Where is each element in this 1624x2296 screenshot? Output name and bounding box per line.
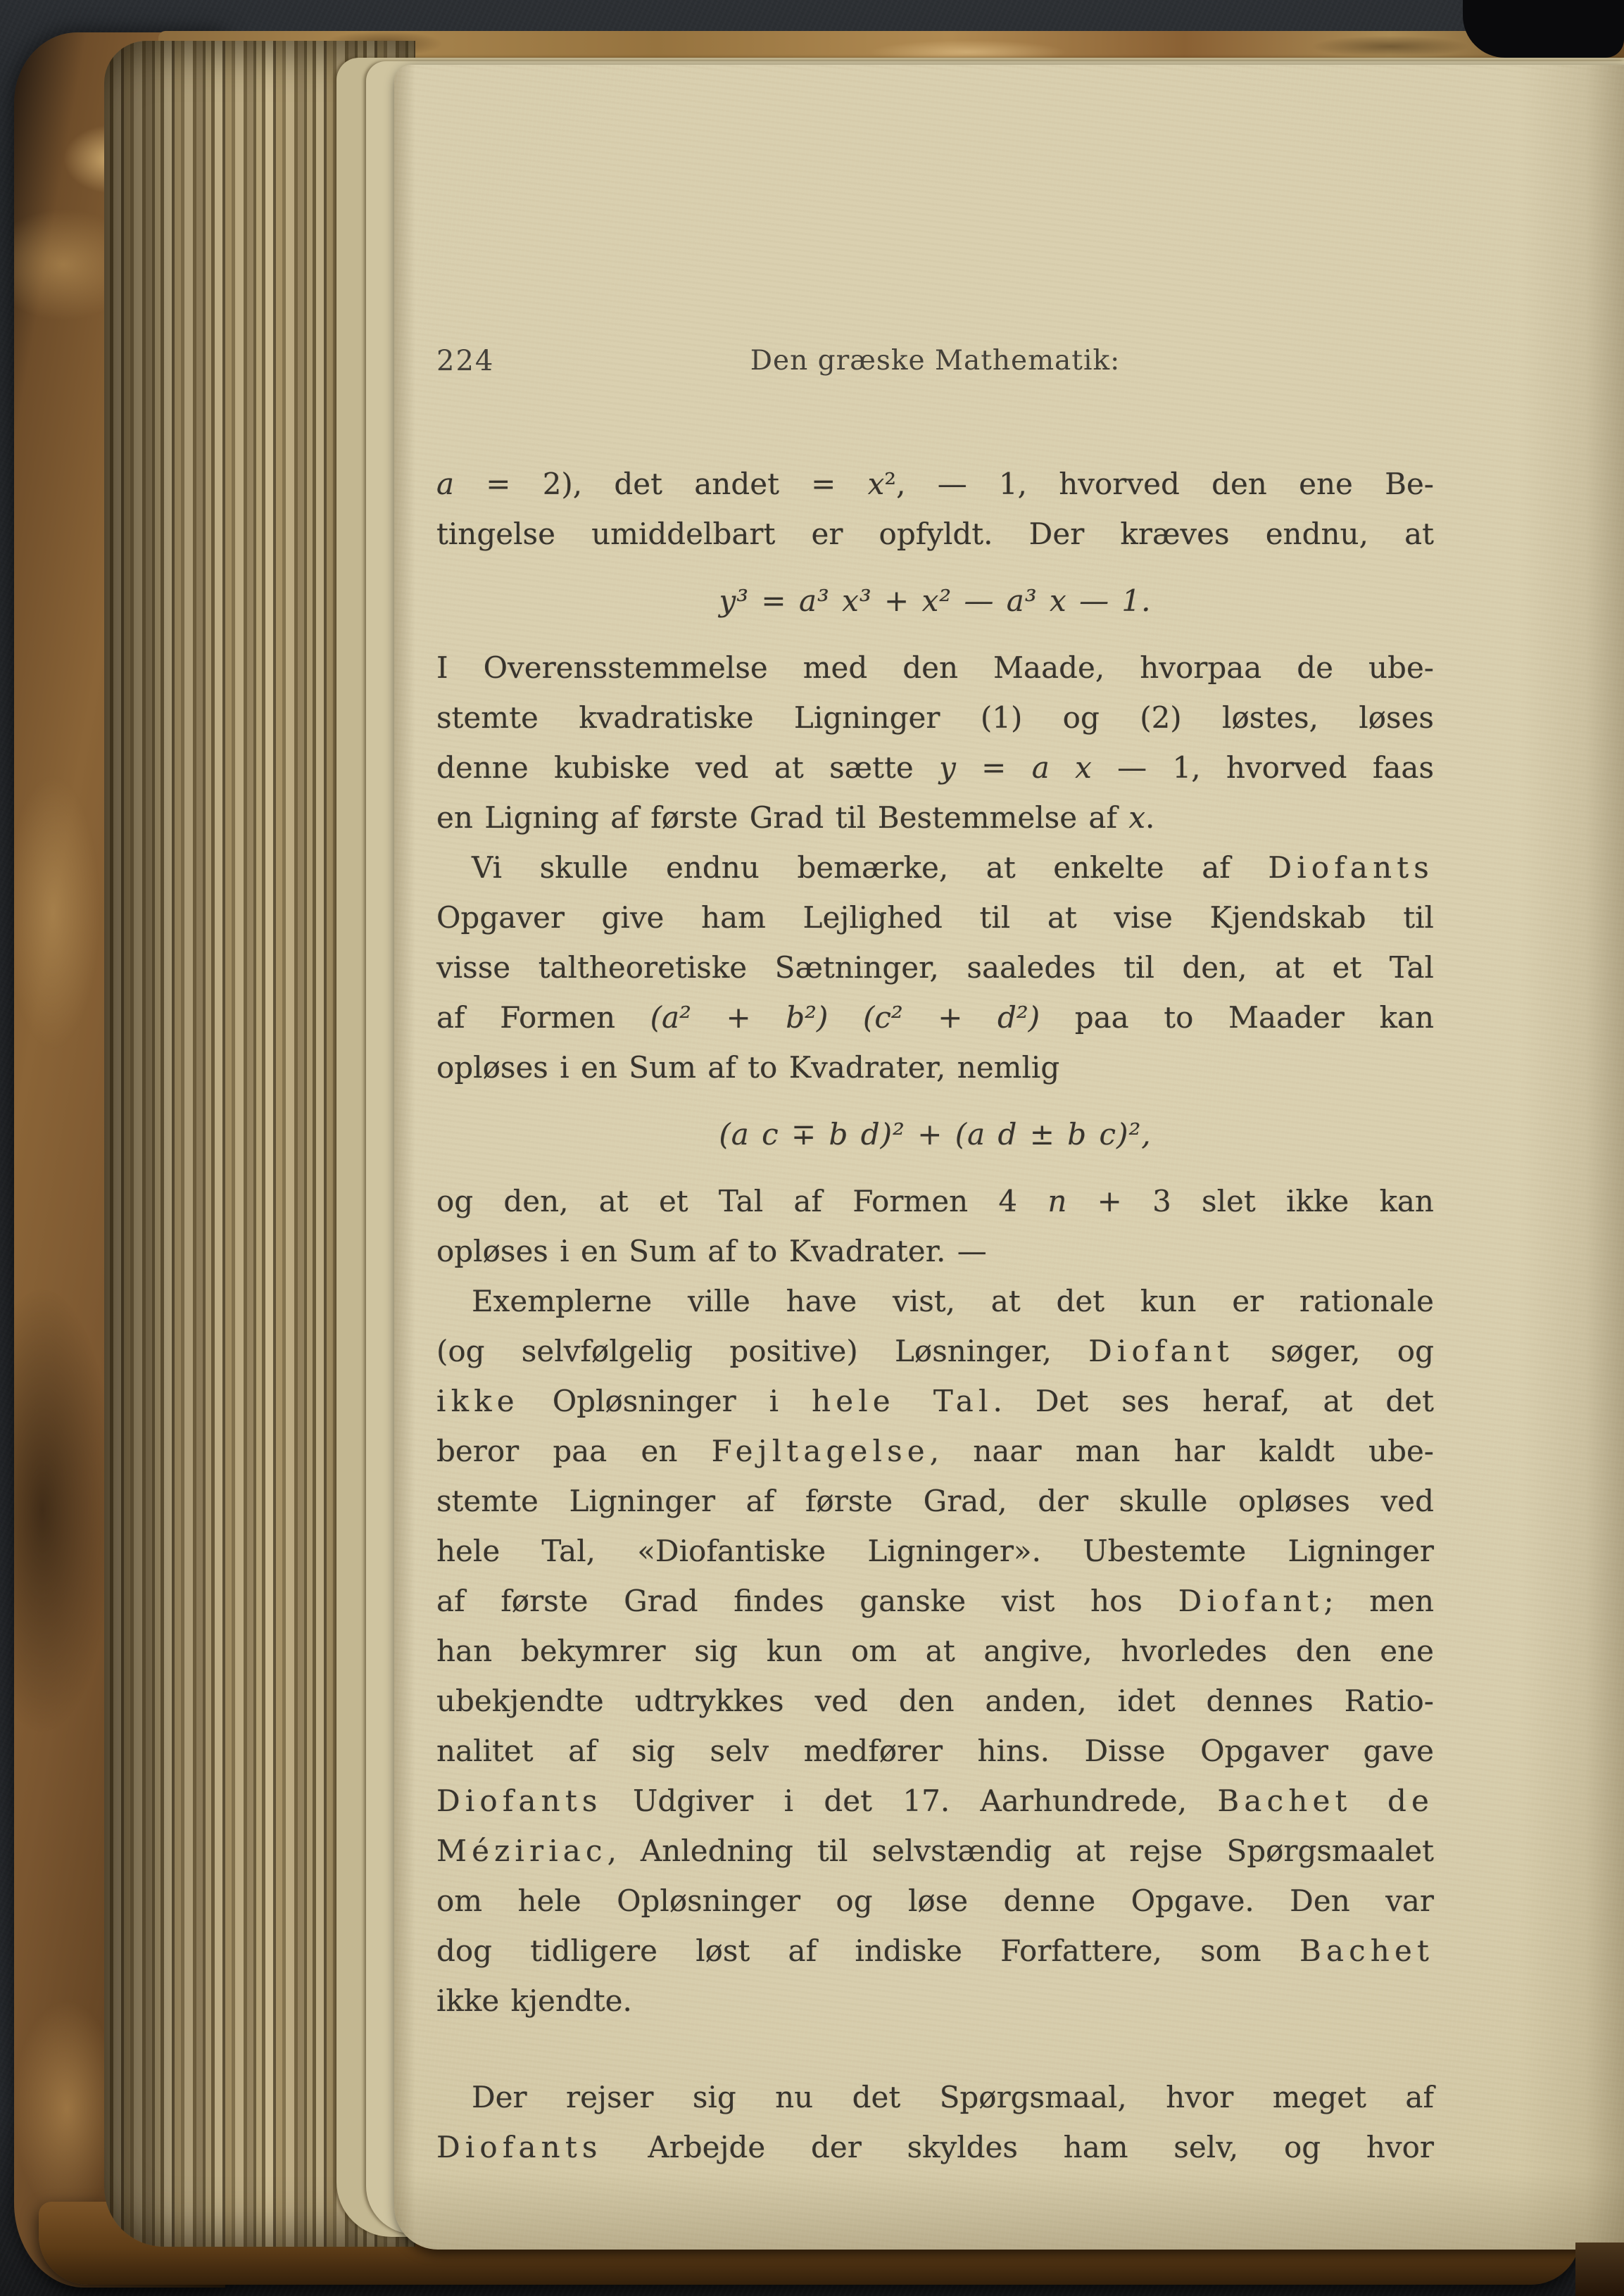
page-header: 224 Den græske Mathematik: [436, 345, 1434, 381]
text-line: stemte Ligninger af første Grad, der sku… [436, 1476, 1434, 1526]
emphasized-word: ikke [436, 1384, 520, 1418]
text-line: Diofants Arbejde der skyldes ham selv, o… [436, 2122, 1434, 2172]
text-block: a = 2), det andet = x², — 1, hvorved den… [436, 459, 1434, 2172]
emphasized-word: Bachet [1299, 1934, 1434, 1968]
math-inline: a x [1032, 750, 1092, 785]
text-line: Exemplerne ville have vist, at det kun e… [436, 1276, 1434, 1326]
emphasized-word: Méziriac [436, 1834, 608, 1868]
math-inline: y [939, 750, 956, 785]
text-line: dog tidligere løst af indiske Forfattere… [436, 1926, 1434, 1976]
background-gap-top-right [1463, 0, 1624, 58]
emphasized-word: hele Tal [812, 1384, 993, 1418]
text-line: og den, at et Tal af Formen 4 n + 3 slet… [436, 1176, 1434, 1226]
emphasized-word: Diofants [436, 1784, 603, 1818]
emphasized-word: Diofant [1088, 1334, 1234, 1368]
emphasized-word: Diofants [436, 2130, 603, 2164]
emphasized-word: Diofant [1178, 1584, 1324, 1618]
text-line: a = 2), det andet = x², — 1, hvorved den… [436, 459, 1434, 509]
text-line: I Overensstemmelse med den Maade, hvorpa… [436, 643, 1434, 693]
text-line: (og selvfølgelig positive) Løsninger, Di… [436, 1326, 1434, 1376]
math-inline: a [436, 467, 454, 501]
text-line: stemte kvadratiske Ligninger (1) og (2) … [436, 693, 1434, 743]
math-inline: x [868, 467, 885, 501]
text-line: ubekjendte udtrykkes ved den anden, idet… [436, 1676, 1434, 1726]
cover-corner-bottom-right [1575, 2243, 1624, 2296]
book-photo: { "photo": { "description_colors": { "ba… [0, 0, 1624, 2296]
text-line: ikke Opløsninger i hele Tal. Det ses her… [436, 1376, 1434, 1426]
math-inline: (a² + b²) (c² + d²) [650, 1000, 1040, 1035]
emphasized-word: Bachet de [1217, 1784, 1434, 1818]
emphasized-word: Diofants [1268, 850, 1434, 885]
text-line: opløses i en Sum af to Kvadrater. — [436, 1226, 1434, 1276]
math-inline: n [1047, 1184, 1066, 1218]
text-line: hele Tal, «Diofantiske Ligninger». Ubest… [436, 1526, 1434, 1576]
text-line: opløses i en Sum af to Kvadrater, nemlig [436, 1042, 1434, 1092]
text-line: Opgaver give ham Lejlighed til at vise K… [436, 892, 1434, 942]
text-line: nalitet af sig selv medfører hins. Disse… [436, 1726, 1434, 1776]
display-formula: y³ = a³ x³ + x² — a³ x — 1. [436, 576, 1434, 626]
text-line: han bekymrer sig kun om at angive, hvorl… [436, 1626, 1434, 1676]
text-line: af Formen (a² + b²) (c² + d²) paa to Maa… [436, 992, 1434, 1042]
display-formula: (a c ∓ b d)² + (a d ± b c)², [436, 1109, 1434, 1159]
running-title: Den græske Mathematik: [436, 345, 1434, 377]
text-line: Der rejser sig nu det Spørgsmaal, hvor m… [436, 2072, 1434, 2122]
text-line: denne kubiske ved at sætte y = a x — 1, … [436, 743, 1434, 793]
text-line: Diofants Udgiver i det 17. Aarhundrede, … [436, 1776, 1434, 1826]
text-line: en Ligning af første Grad til Bestemmels… [436, 793, 1434, 843]
text-line: om hele Opløsninger og løse denne Opgave… [436, 1876, 1434, 1926]
page-text-area: 224 Den græske Mathematik: a = 2), det a… [394, 65, 1624, 2250]
text-line: Méziriac, Anledning til selvstændig at r… [436, 1826, 1434, 1876]
page-number: 224 [436, 345, 494, 377]
text-line: Vi skulle endnu bemærke, at enkelte af D… [436, 843, 1434, 892]
text-line: ikke kjendte. [436, 1976, 1434, 2026]
text-line: visse taltheoretiske Sætninger, saaledes… [436, 942, 1434, 992]
emphasized-word: Fejltagelse [712, 1434, 930, 1468]
math-inline: x [1128, 800, 1145, 835]
text-line: tingelse umiddelbart er opfyldt. Der kræ… [436, 509, 1434, 559]
text-line: af første Grad findes ganske vist hos Di… [436, 1576, 1434, 1626]
text-line: beror paa en Fejltagelse, naar man har k… [436, 1426, 1434, 1476]
